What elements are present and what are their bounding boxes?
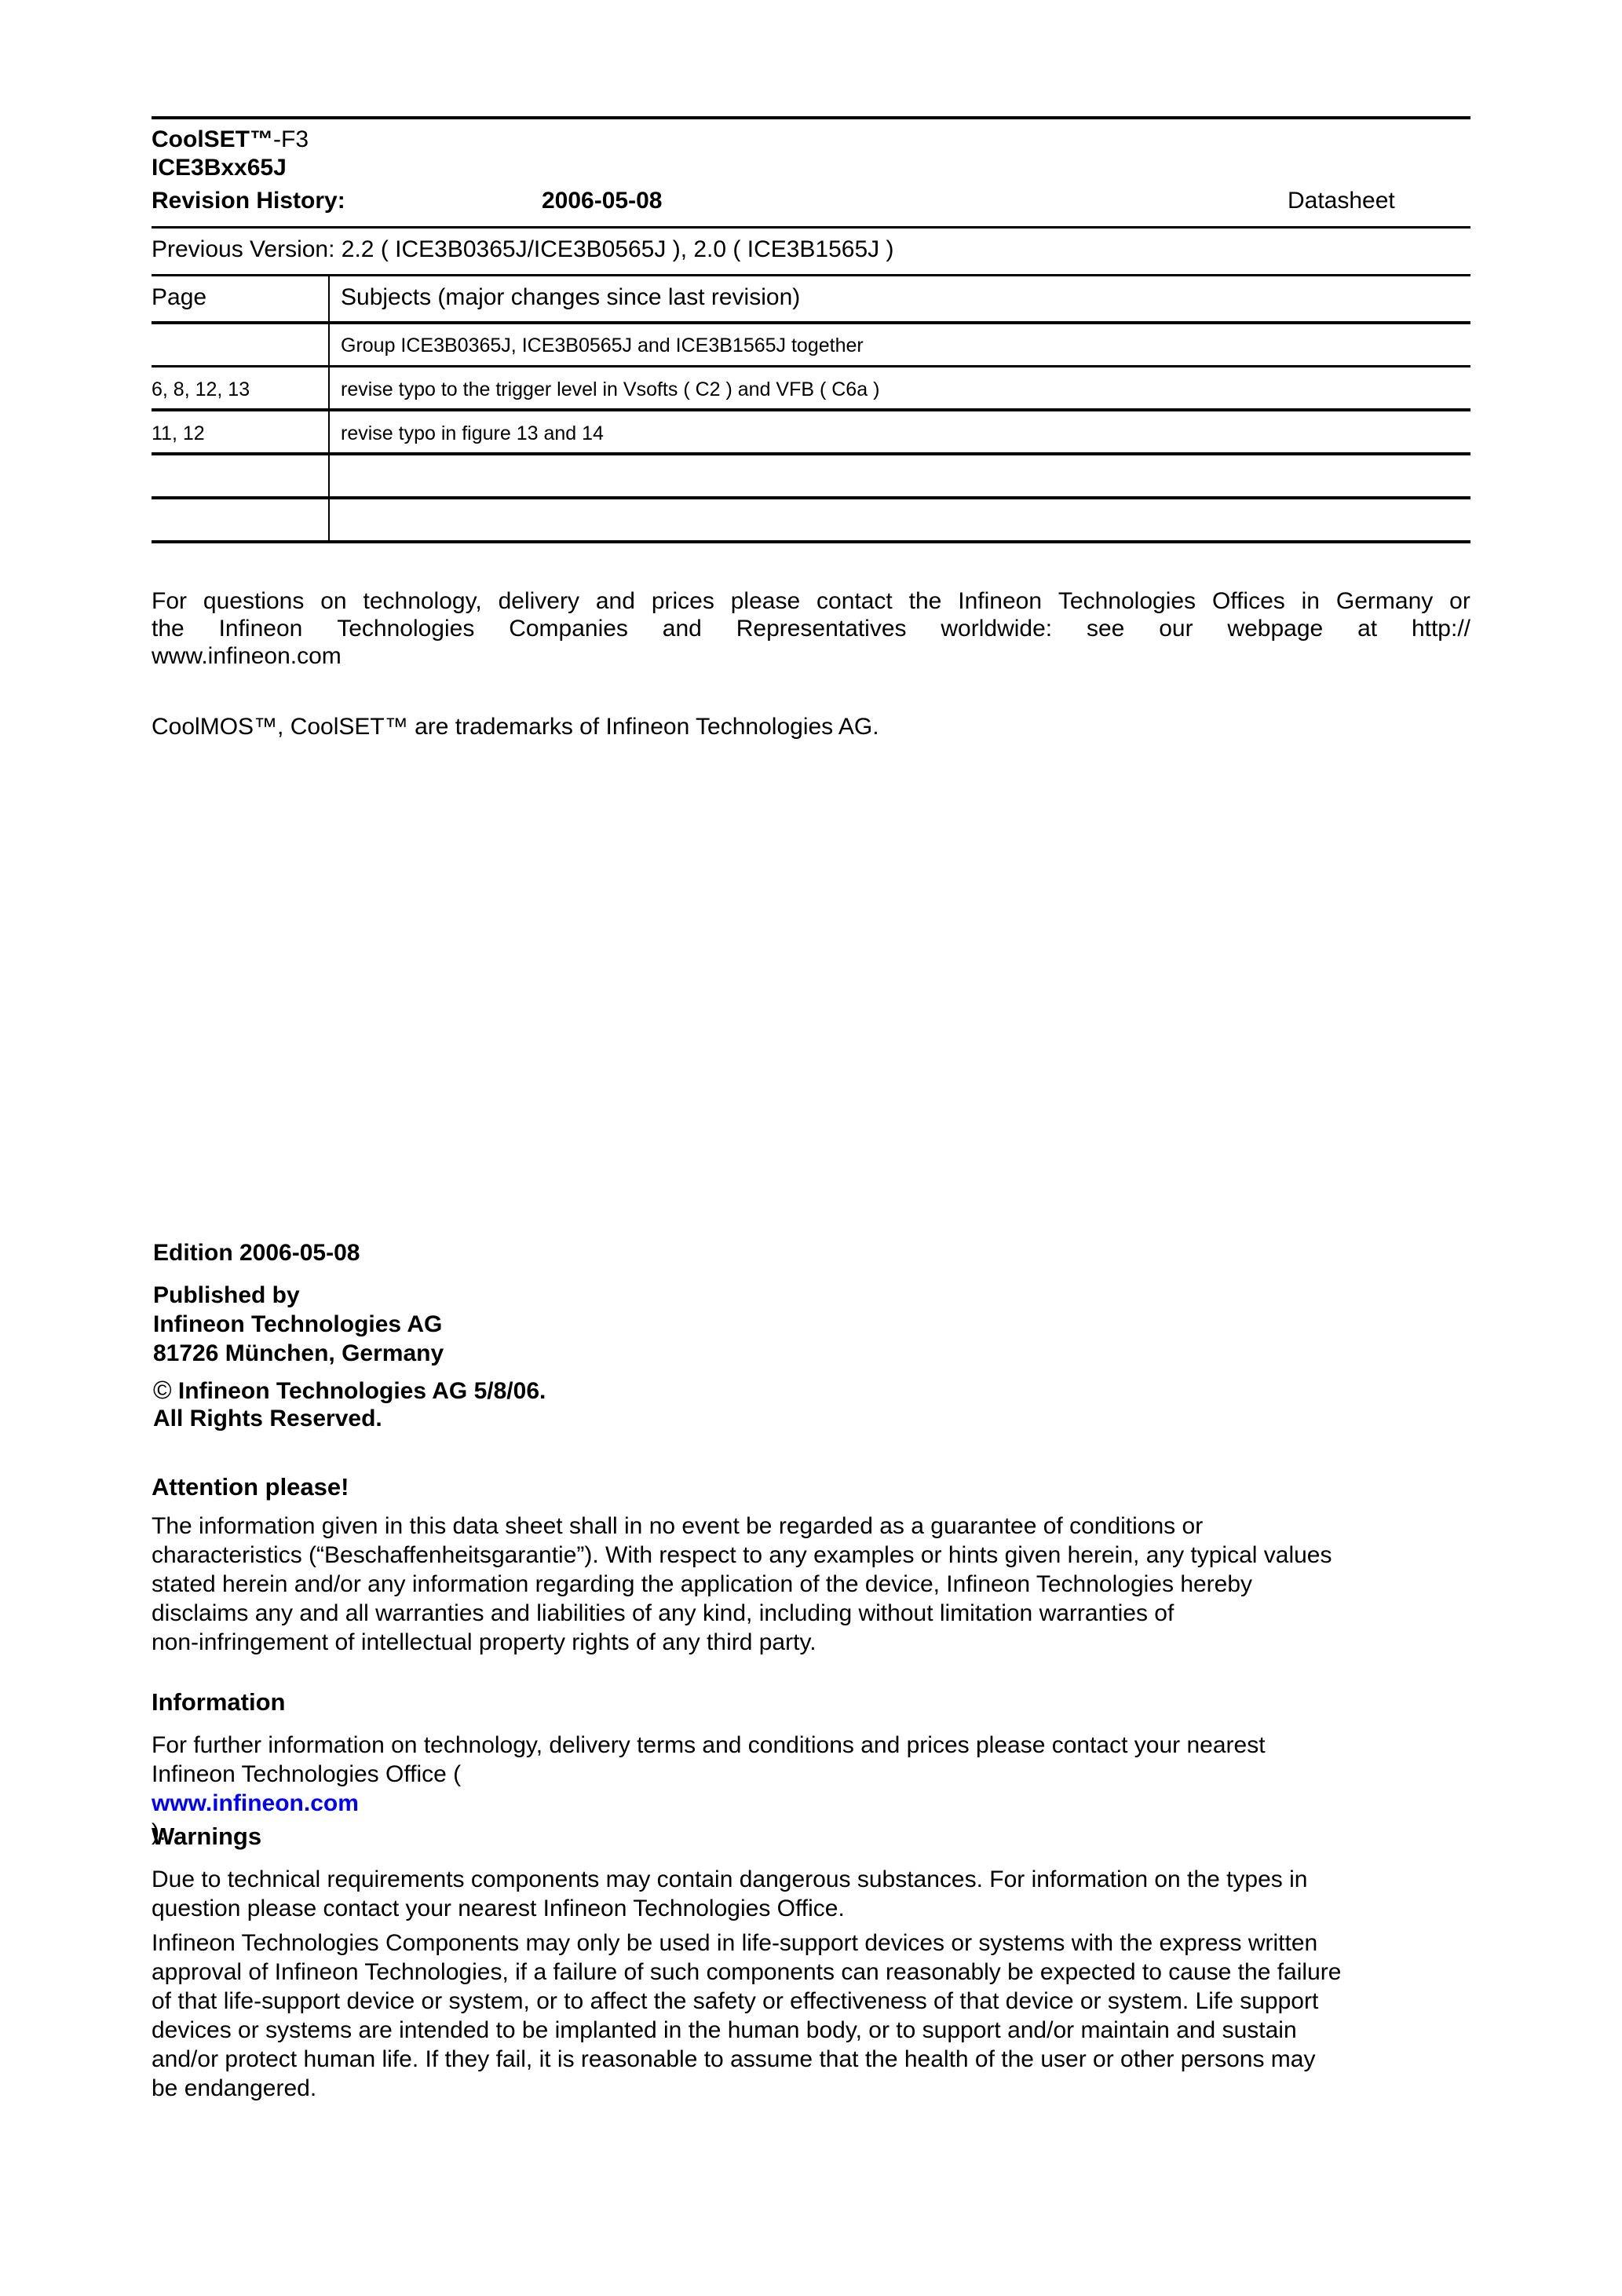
word: Technologies [337, 615, 474, 642]
word: Infineon [958, 587, 1042, 615]
copyright-line: © Infineon Technologies AG 5/8/06. [153, 1376, 546, 1406]
table-row-rule [152, 408, 1470, 411]
word: delivery [499, 587, 579, 615]
word: Technologies [1058, 587, 1196, 615]
word: and [596, 587, 635, 615]
warnings-line: be endangered. [152, 2074, 1341, 2103]
product-line-title: CoolSET™-F3 [152, 126, 309, 154]
word: the [909, 587, 942, 615]
warnings-paragraph-2: Infineon Technologies Components may onl… [152, 1929, 1341, 2103]
table-top-rule [152, 274, 1470, 276]
published-by: Published by [153, 1281, 300, 1310]
copyright-icon: © [153, 1376, 172, 1404]
word: technology, [363, 587, 481, 615]
word: Representatives [736, 615, 907, 642]
contact-url: www.infineon.com [152, 642, 1470, 670]
table-header-rule [152, 321, 1470, 324]
word: on [320, 587, 346, 615]
warnings-line: approval of Infineon Technologies, if a … [152, 1958, 1341, 1987]
attention-line: non-infringement of intellectual propert… [152, 1628, 1332, 1657]
word: Infineon [219, 615, 303, 642]
attention-line: The information given in this data sheet… [152, 1512, 1332, 1541]
trademark-symbol: ™ [250, 126, 273, 152]
word: at [1357, 615, 1377, 642]
word: questions [203, 587, 304, 615]
warnings-line: Due to technical requirements components… [152, 1865, 1307, 1894]
word: our [1159, 615, 1193, 642]
revision-date: 2006-05-08 [542, 187, 662, 215]
header-rule [152, 226, 1470, 229]
attention-line: characteristics (“Beschaffenheitsgaranti… [152, 1541, 1332, 1570]
warnings-line: and/or protect human life. If they fail,… [152, 2045, 1341, 2074]
attention-line: stated herein and/or any information reg… [152, 1570, 1332, 1599]
warnings-heading: Warnings [152, 1823, 261, 1851]
product-line-name: CoolSET [152, 126, 250, 152]
row-page: 11, 12 [152, 422, 205, 445]
publisher-address: 81726 München, Germany [153, 1339, 444, 1368]
edition: Edition 2006-05-08 [153, 1238, 360, 1267]
trademarks-note: CoolMOS™, CoolSET™ are trademarks of Inf… [152, 713, 1470, 740]
word: Germany [1336, 587, 1433, 615]
product-suffix: -F3 [273, 126, 309, 152]
warnings-line: question please contact your nearest Inf… [152, 1894, 1307, 1923]
word: contact [816, 587, 893, 615]
table-row-rule [152, 452, 1470, 455]
word: in [1302, 587, 1320, 615]
word: please [731, 587, 800, 615]
table-bottom-rule [152, 540, 1470, 543]
word: prices [652, 587, 714, 615]
document-type: Datasheet [1288, 187, 1395, 215]
warnings-line: devices or systems are intended to be im… [152, 2016, 1341, 2045]
publisher-company: Infineon Technologies AG [153, 1310, 442, 1339]
word: http:// [1412, 615, 1470, 642]
information-line: For further information on technology, d… [152, 1731, 1266, 1760]
contact-line-1: Forquestionsontechnology,deliveryandpric… [152, 587, 1470, 615]
word: or [1449, 587, 1470, 615]
word: and [663, 615, 702, 642]
attention-paragraph: The information given in this data sheet… [152, 1512, 1332, 1657]
part-number: ICE3Bxx65J [152, 154, 287, 182]
information-suffix: ). [152, 1818, 1266, 1847]
copyright-text: Infineon Technologies AG 5/8/06. [178, 1378, 546, 1404]
table-row-rule [152, 496, 1470, 499]
word: For [152, 587, 187, 615]
information-line: Infineon Technologies Office (www.infine… [152, 1760, 1266, 1847]
header-top-rule [152, 116, 1470, 119]
all-rights-reserved: All Rights Reserved. [153, 1404, 382, 1433]
warnings-line: Infineon Technologies Components may onl… [152, 1929, 1341, 1958]
row-subject: revise typo to the trigger level in Vsof… [341, 378, 879, 401]
word: the [152, 615, 184, 642]
word: Offices [1212, 587, 1285, 615]
information-paragraph: For further information on technology, d… [152, 1731, 1266, 1847]
attention-line: disclaims any and all warranties and lia… [152, 1599, 1332, 1628]
attention-heading: Attention please! [152, 1473, 349, 1501]
table-row-rule [152, 365, 1470, 367]
column-header-page: Page [152, 283, 206, 312]
previous-version: Previous Version: 2.2 ( ICE3B0365J/ICE3B… [152, 236, 894, 264]
row-subject: Group ICE3B0365J, ICE3B0565J and ICE3B15… [341, 334, 864, 357]
word: Companies [509, 615, 628, 642]
contact-paragraph: Forquestionsontechnology,deliveryandpric… [152, 587, 1470, 670]
column-header-subjects: Subjects (major changes since last revis… [341, 283, 800, 312]
information-heading: Information [152, 1688, 286, 1717]
row-page: 6, 8, 12, 13 [152, 378, 250, 401]
word: see [1087, 615, 1124, 642]
warnings-paragraph-1: Due to technical requirements components… [152, 1865, 1307, 1923]
revision-history-label: Revision History: [152, 187, 345, 215]
word: worldwide: [941, 615, 1052, 642]
warnings-line: of that life-support device or system, o… [152, 1987, 1341, 2016]
contact-line-2: theInfineonTechnologiesCompaniesandRepre… [152, 615, 1470, 642]
trademarks-text: CoolMOS™, CoolSET™ are trademarks of Inf… [152, 713, 1470, 740]
infineon-website-link[interactable]: www.infineon.com [152, 1789, 1266, 1818]
row-subject: revise typo in figure 13 and 14 [341, 422, 604, 445]
word: webpage [1227, 615, 1323, 642]
information-prefix: Infineon Technologies Office ( [152, 1760, 1266, 1789]
